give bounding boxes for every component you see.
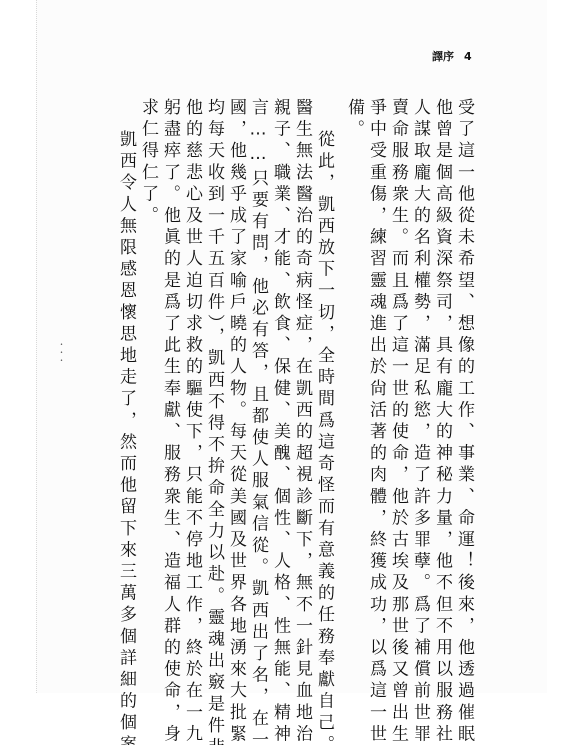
paragraph-start-column-7: 從此，凱西放下一切，全時間爲這奇怪而有意義的任務奉獻自己。所有聞風而來的各種一般	[313, 98, 335, 678]
text-column-14: 躬盡瘁了。他眞的是爲了此生奉獻、服務衆生、造福人群的使命，身心耗竭而鞠躬盡瘁！眞…	[159, 98, 181, 678]
running-header: 譯序 4	[432, 48, 472, 64]
vertical-text-body: 受了這一他從未希望、想像的工作、事業、命運！後來，他透過催眠超視更曉得：在古埃及…	[105, 98, 475, 678]
text-column-1: 受了這一他從未希望、想像的工作、事業、命運！後來，他透過催眠超視更曉得：在古埃及…	[453, 98, 475, 678]
text-column-6: 備。	[343, 98, 365, 678]
text-column-5: 爭中受重傷，練習靈魂進出於尙活著的肉體，終獲成功，以爲這一世靈魂要不斷進出肉身而…	[365, 98, 387, 678]
paragraph-start-column-16: 凱西令人無限感恩懷思地走了，然而他留下來三萬多個詳細的個案記錄，他的後人在五十多	[115, 98, 137, 678]
text-column-2: 他曾是個高級資深祭司，具有龐大的神秘力量，他不但不用以服務社會、造福人群，卻用於…	[431, 98, 453, 678]
text-column-12: 均每天收到一千五百件），凱西不得不拚命全力以赴。靈魂出竅是件非常耗竭精力的事，凱…	[203, 98, 225, 678]
text-column-8: 醫生無法醫治的奇病怪症，在凱西的超視診斷下，無不一針見血地治癒。不但治病，更指導…	[291, 98, 313, 678]
text-column-9: 親子、職業、才能、飲食、保健、美醜、個性、人格、性無能、精神病、殘障、宗教、眞理…	[269, 98, 291, 678]
text-column-13: 他的慈悲心及世人迫切求救的驅使下，只能不停地工作，終於在一九四五年以六十七歲之齡…	[181, 98, 203, 678]
text-column-3: 人謀取龐大的名利權勢，滿足私慾，造了許多罪孽。爲了補償前世罪孽，這一世他要用特殊…	[409, 98, 431, 678]
text-column-10: 言……只要有問，他必有答，且都使人服氣信從。凱西出了名，在一九三〇～一九五〇年代…	[247, 98, 269, 678]
section-title: 譯序	[432, 48, 454, 64]
text-column-4: 賣命服務衆生。而且爲了這一世的使命，他於古埃及那世後又曾出生於古波斯爲醫生，在一…	[387, 98, 409, 678]
scan-margin-marks: ・・・	[60, 340, 66, 410]
page-number: 4	[464, 50, 472, 63]
text-column-11: 國，他幾乎成了家喻戶曉的人物。每天從美國及世界各地湧來大批緊急的呼救籲求（在他晚…	[225, 98, 247, 678]
text-column-15: 求仁得仁了。	[137, 98, 159, 678]
